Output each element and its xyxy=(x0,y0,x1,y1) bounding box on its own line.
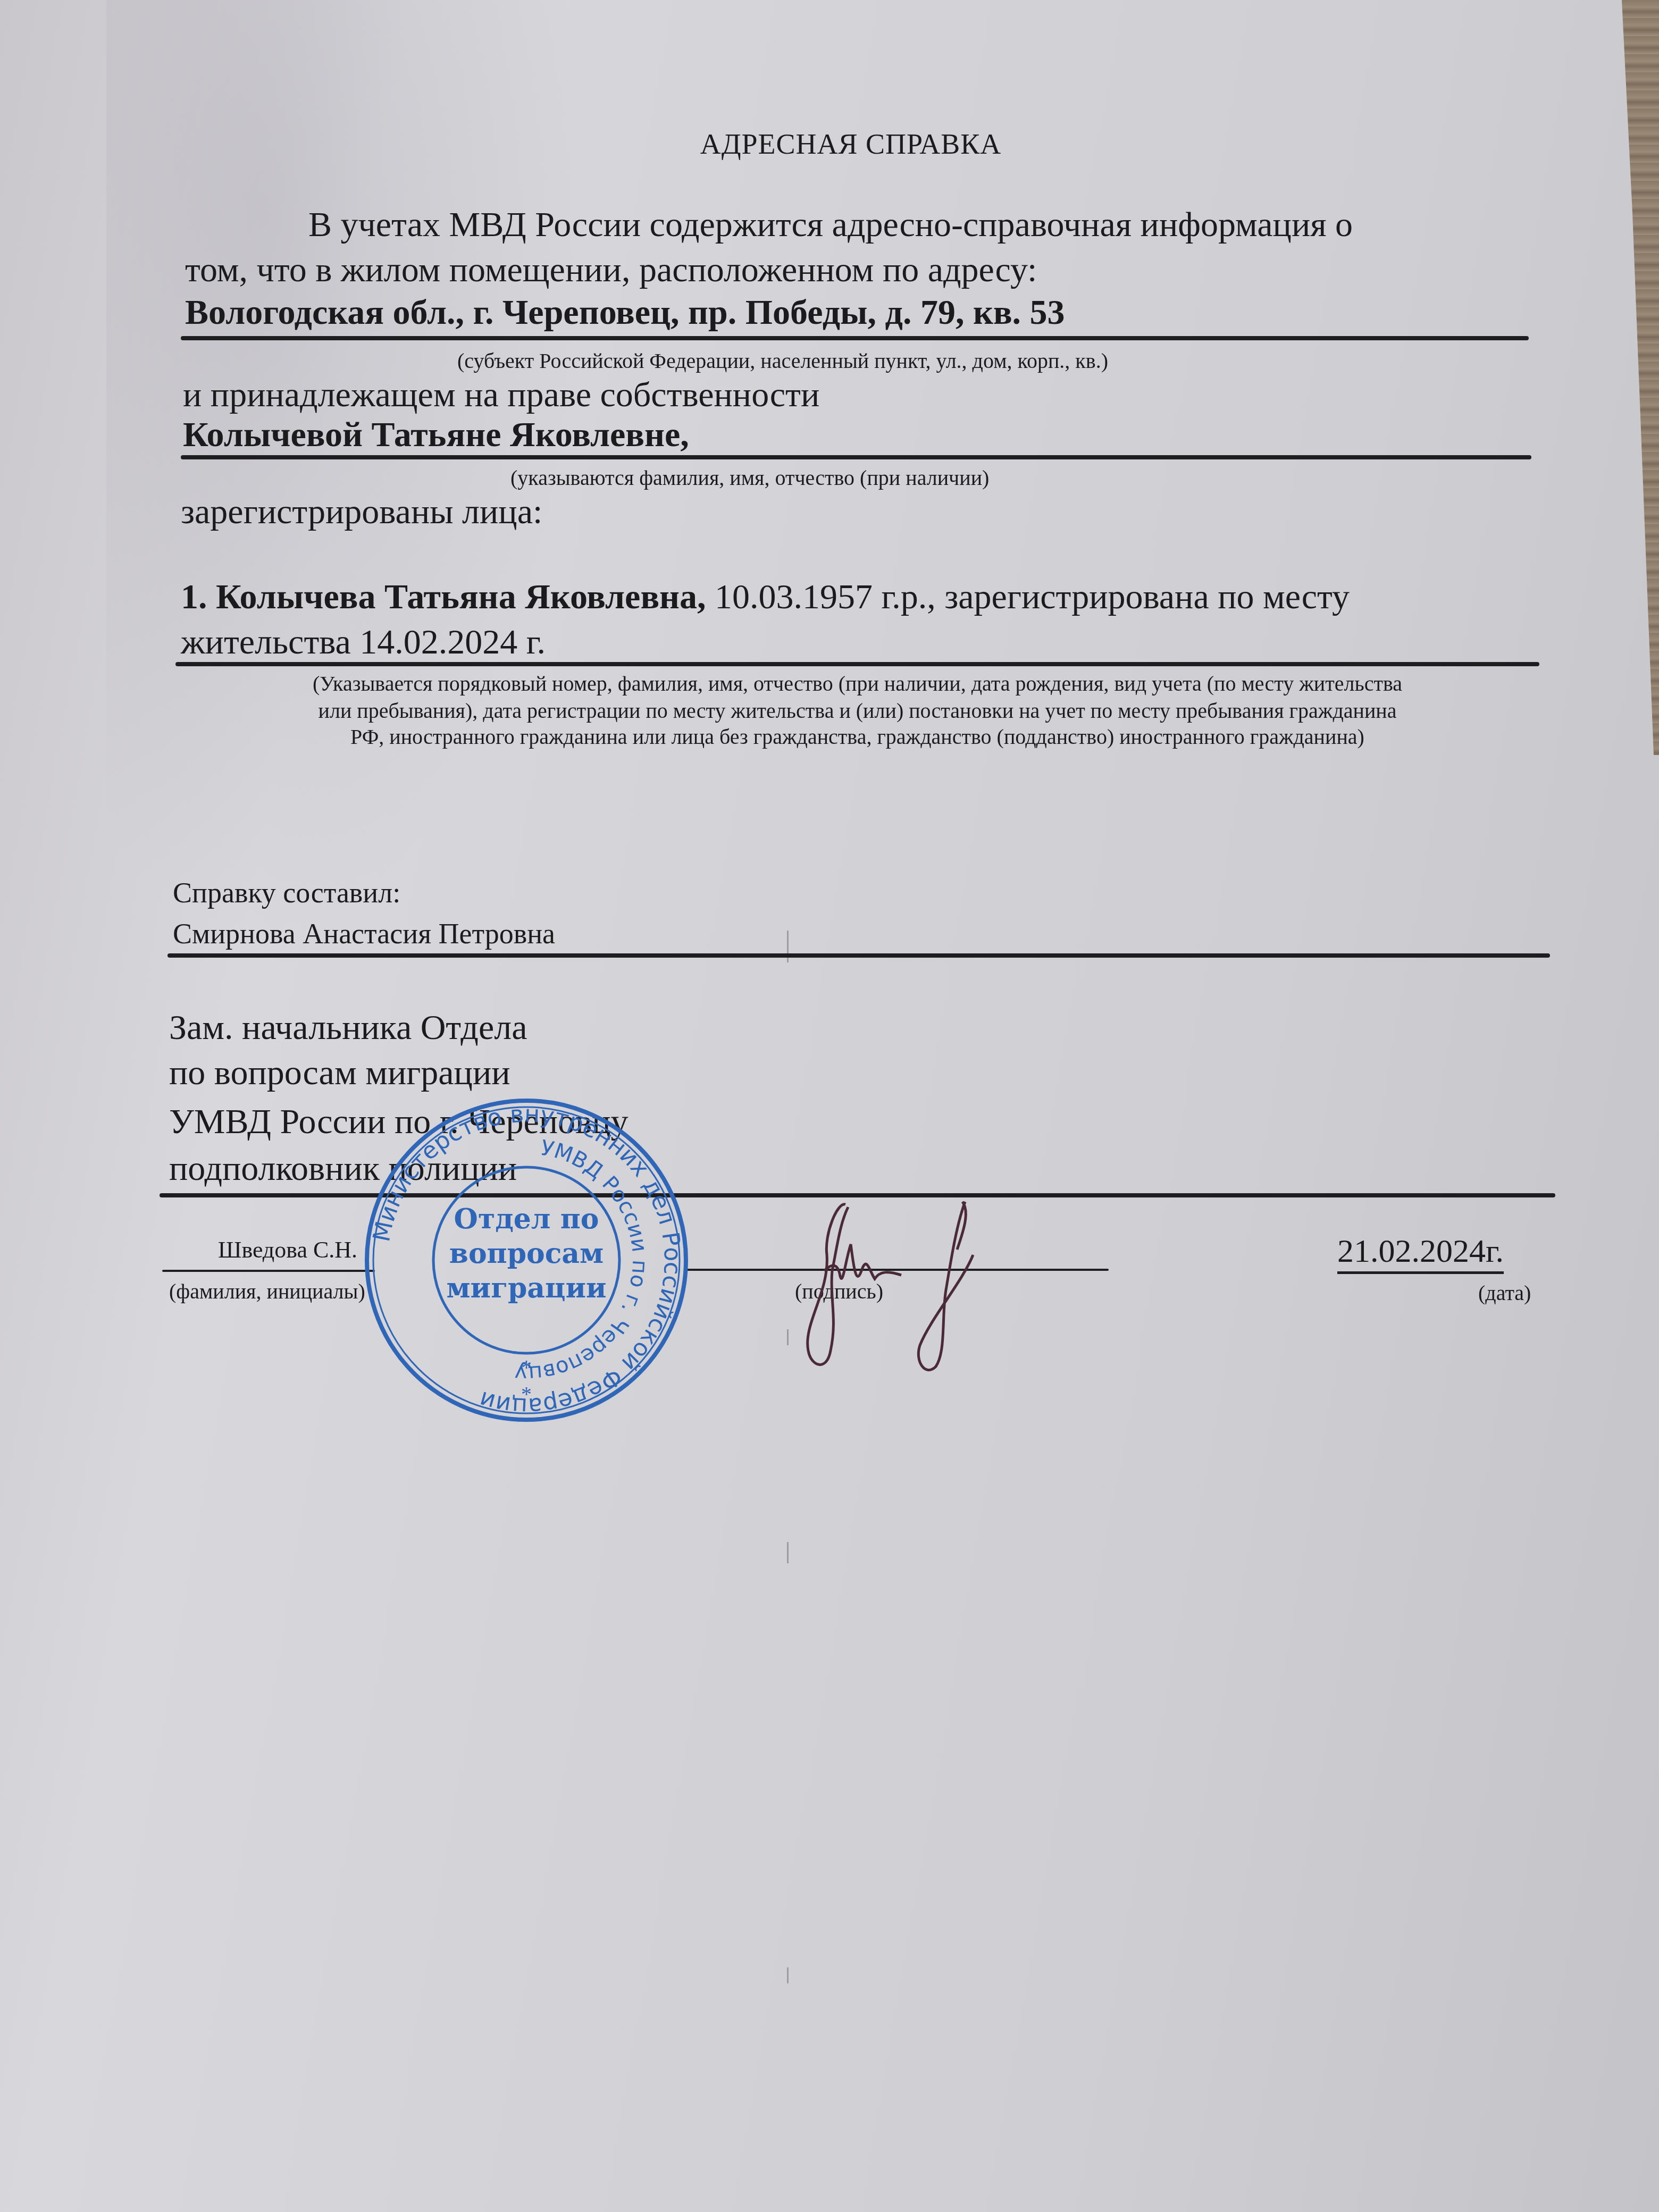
person-entry-line-1: 1. Колычева Татьяна Яковлевна, 10.03.195… xyxy=(181,577,1350,617)
ownership-line: и принадлежащем на праве собственности xyxy=(183,375,819,415)
compiled-by-underline xyxy=(167,953,1550,958)
date-caption: (дата) xyxy=(1478,1280,1531,1305)
intro-line-1: В учетах МВД России содержится адресно-с… xyxy=(308,205,1353,245)
paper-fold-mark xyxy=(787,1542,789,1563)
persons-caption-2: или пребывания), дата регистрации по мес… xyxy=(175,698,1539,723)
table-edge xyxy=(1622,0,1659,755)
official-position-2: по вопросам миграции xyxy=(169,1053,510,1093)
official-name: Шведова С.Н. xyxy=(218,1236,357,1263)
address-underline xyxy=(181,336,1529,340)
intro-line-2: том, что в жилом помещении, расположенно… xyxy=(185,250,1037,290)
registered-label: зарегистрированы лица: xyxy=(181,492,542,532)
document-title: АДРЕСНАЯ СПРАВКА xyxy=(0,128,1659,161)
stamp-star-icon: * xyxy=(521,1355,532,1379)
person-details: 10.03.1957 г.р., зарегистрирована по мес… xyxy=(706,577,1350,616)
persons-underline xyxy=(175,662,1539,666)
stamp-center-line-1: Отдел по xyxy=(454,1203,599,1235)
persons-caption-3: РФ, иностранного гражданина или лица без… xyxy=(175,724,1539,749)
stamp-center-line-3: миграции xyxy=(446,1272,606,1304)
compiled-by-label: Справку составил: xyxy=(173,876,400,909)
owner-name: Колычевой Татьяне Яковлевне, xyxy=(183,415,689,455)
owner-caption: (указываются фамилия, имя, отчество (при… xyxy=(510,465,989,490)
paper-fold-mark xyxy=(787,931,789,962)
owner-underline xyxy=(181,455,1531,459)
official-stamp: Министерство внутренних дел Российской Ф… xyxy=(362,1095,691,1425)
official-name-underline xyxy=(162,1270,375,1272)
document-date: 21.02.2024г. xyxy=(1337,1233,1504,1274)
property-address: Вологодская обл., г. Череповец, пр. Побе… xyxy=(185,292,1065,333)
official-position-1: Зам. начальника Отдела xyxy=(169,1008,527,1048)
compiled-by-name: Смирнова Анастасия Петровна xyxy=(173,917,555,950)
persons-caption-1: (Указывается порядковый номер, фамилия, … xyxy=(175,671,1539,696)
paper-fold-mark xyxy=(787,1967,789,1983)
address-caption: (субъект Российской Федерации, населенны… xyxy=(457,348,1108,373)
person-entry-line-2: жительства 14.02.2024 г. xyxy=(181,622,546,663)
official-name-caption: (фамилия, инициалы) xyxy=(169,1279,365,1304)
stamp-center-line-2: вопросам xyxy=(449,1237,604,1270)
stamp-star-icon: * xyxy=(521,1382,532,1406)
person-name: 1. Колычева Татьяна Яковлевна, xyxy=(181,577,706,616)
handwritten-signature xyxy=(787,1191,1032,1382)
